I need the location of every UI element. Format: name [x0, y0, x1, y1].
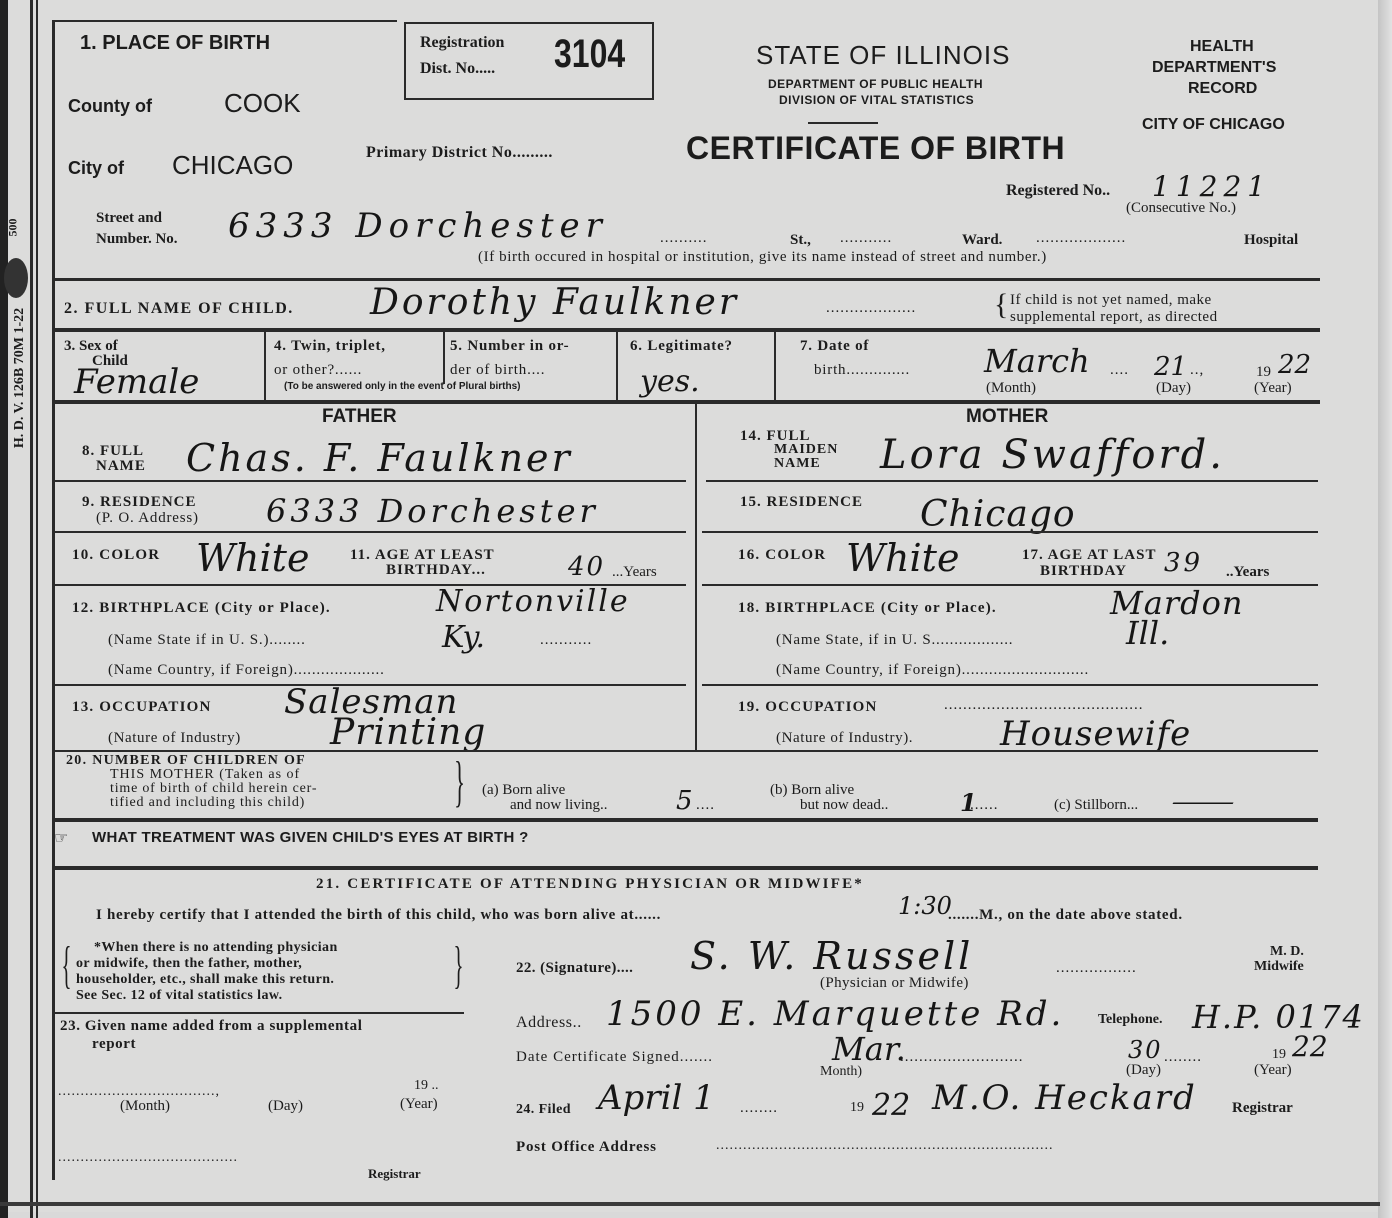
signature-value[interactable]: S. W. Russell: [690, 934, 973, 978]
street-value[interactable]: 6333 Dorchester: [228, 206, 608, 246]
mother-heading: MOTHER: [966, 406, 1048, 428]
father-industry-value[interactable]: Printing: [330, 712, 486, 753]
legitimate-label: 6. Legitimate?: [630, 338, 733, 355]
registration-label-1: Registration: [420, 34, 504, 52]
born-alive-living-value[interactable]: 5: [676, 786, 693, 816]
row3-rule: [54, 400, 1320, 404]
filed-dots: ........: [740, 1100, 778, 1117]
dob-year-prefix: 19: [1256, 364, 1271, 381]
born-alive-living-label-2: and now living..: [510, 797, 608, 814]
father-color-value[interactable]: White: [196, 536, 309, 580]
footnote-rule: [54, 1012, 464, 1014]
signature-label: 22. (Signature)....: [516, 960, 633, 977]
st-label: St.,: [790, 232, 811, 249]
twin-label-2: or other?......: [274, 362, 362, 379]
md-label: M. D.: [1270, 944, 1304, 960]
form-border-left: [52, 20, 55, 1180]
sex-value[interactable]: Female: [74, 362, 199, 402]
eyes-treatment-question: WHAT TREATMENT WAS GIVEN CHILD'S EYES AT…: [92, 829, 529, 846]
health-dept-line-2: DEPARTMENT'S: [1152, 59, 1276, 77]
mother-residence-label: 15. RESIDENCE: [740, 494, 863, 511]
mother-age-label-1: 17. AGE AT LAST: [1022, 547, 1157, 564]
father-birthplace-label: 12. BIRTHPLACE (City or Place).: [72, 600, 331, 617]
date-signed-label: Date Certificate Signed.......: [516, 1049, 713, 1066]
mother-color-value[interactable]: White: [846, 536, 959, 580]
supplemental-year-caption: (Year): [400, 1096, 438, 1113]
col-divider-3-4: [264, 332, 266, 402]
registration-number[interactable]: 3104: [554, 32, 625, 77]
father-occupation-label: 13. OCCUPATION: [72, 699, 212, 716]
footnote-line-4: See Sec. 12 of vital statistics law.: [76, 988, 282, 1003]
dept-line-2: DIVISION OF VITAL STATISTICS: [779, 93, 974, 107]
father-age-value[interactable]: 40: [568, 552, 605, 582]
birth-time-value[interactable]: 1:30: [898, 892, 952, 920]
child-name-label: 2. FULL NAME OF CHILD.: [64, 300, 294, 318]
filed-label: 24. Filed: [516, 1102, 571, 1118]
father-industry-label: (Nature of Industry): [108, 730, 241, 747]
supplemental-label-2: report: [92, 1036, 136, 1053]
mother-age-label-2: BIRTHDAY: [1040, 563, 1127, 580]
mother-country-label: (Name Country, if Foreign)..............…: [776, 662, 1089, 679]
date-signed-year-suffix[interactable]: 22: [1292, 1030, 1328, 1063]
filed-year-prefix: 19: [850, 1100, 864, 1116]
hospital-label: Hospital: [1244, 232, 1298, 249]
twin-label-1: 4. Twin, triplet,: [274, 338, 386, 355]
telephone-value[interactable]: H.P. 0174: [1192, 998, 1365, 1036]
col-divider-4-5: [443, 332, 445, 384]
health-dept-line-1: HEALTH: [1190, 38, 1254, 56]
dept-line-1: DEPARTMENT OF PUBLIC HEALTH: [768, 77, 983, 91]
mother-occupation-label: 19. OCCUPATION: [738, 699, 878, 716]
supplemental-day-caption: (Day): [268, 1098, 303, 1115]
parents-divider: [695, 404, 697, 750]
dob-day[interactable]: 21: [1154, 352, 1187, 382]
row2-rule: [54, 328, 1320, 332]
father-residence-value[interactable]: 6333 Dorchester: [266, 492, 599, 530]
mother-birthplace-rule: [702, 684, 1318, 686]
mother-residence-rule: [702, 531, 1318, 533]
scan-edge-left: [0, 0, 8, 1218]
dob-month[interactable]: March: [984, 342, 1090, 380]
father-name-label-2: NAME: [96, 458, 146, 475]
place-box-top: [52, 20, 397, 22]
col-divider-5-6: [616, 332, 618, 402]
filed-date-value[interactable]: April 1: [598, 1078, 715, 1118]
street-label-2: Number. No.: [96, 231, 178, 248]
post-office-label: Post Office Address: [516, 1139, 657, 1156]
county-value[interactable]: COOK: [224, 88, 301, 119]
name-note-2: supplemental report, as directed: [1010, 309, 1218, 326]
union-label-icon: [4, 258, 28, 298]
telephone-label: Telephone.: [1098, 1012, 1162, 1028]
mother-name-rule: [706, 480, 1318, 482]
footnote-line-1: *When there is no attending physician: [94, 940, 338, 955]
consecutive-caption: (Consecutive No.): [1126, 200, 1236, 217]
address-value[interactable]: 1500 E. Marquette Rd.: [606, 994, 1064, 1034]
physician-heading: 21. CERTIFICATE OF ATTENDING PHYSICIAN O…: [316, 876, 864, 893]
state-title: STATE OF ILLINOIS: [756, 40, 1010, 71]
city-of-chicago-label: CITY OF CHICAGO: [1142, 116, 1285, 134]
stillborn-label: (c) Stillborn...: [1054, 797, 1138, 814]
form-code: H. D. V. 126B 70M 1-22: [12, 283, 28, 473]
margin-rule-1: [30, 0, 33, 1218]
date-signed-month[interactable]: Mar.: [832, 1030, 906, 1068]
signature-caption: (Physician or Midwife): [820, 975, 969, 992]
mother-industry-label: (Nature of Industry).: [776, 730, 913, 747]
father-residence-rule: [54, 531, 686, 533]
name-note-1: If child is not yet named, make: [1010, 292, 1212, 309]
date-signed-year-caption: (Year): [1254, 1062, 1292, 1079]
place-of-birth-heading: 1. PLACE OF BIRTH: [80, 32, 270, 55]
father-birthplace-value[interactable]: Nortonville: [436, 584, 630, 619]
footnote-line-2: or midwife, then the father, mother,: [76, 956, 302, 971]
bottom-rule: [0, 1202, 1380, 1206]
child-name-value[interactable]: Dorothy Faulkner: [370, 282, 739, 323]
hospital-note: (If birth occured in hospital or institu…: [478, 249, 1047, 266]
col-divider-6-7: [774, 332, 776, 402]
date-signed-day[interactable]: 30: [1128, 1036, 1163, 1064]
margin-rule-2: [36, 0, 38, 1218]
father-name-value[interactable]: Chas. F. Faulkner: [186, 436, 573, 480]
order-label-2: der of birth....: [450, 362, 545, 379]
supplemental-year-prefix: 19 ..: [414, 1078, 439, 1094]
eyes-rule: [54, 866, 1318, 870]
registrar-label: Registrar: [1232, 1100, 1293, 1117]
scan-edge-right: [1378, 0, 1392, 1218]
ward-label: Ward.: [962, 232, 1002, 249]
registrar-signature-value[interactable]: M.O. Heckard: [932, 1078, 1197, 1118]
dob-month-caption: (Month): [986, 380, 1036, 397]
mother-residence-value[interactable]: Chicago: [920, 494, 1076, 535]
date-signed-month-caption: Month): [820, 1064, 862, 1080]
occupation-rule: [54, 750, 1318, 752]
health-dept-line-3: RECORD: [1188, 80, 1257, 98]
children-rule: [54, 818, 1318, 822]
mother-industry-value[interactable]: Housewife: [1000, 714, 1191, 754]
registered-label: Registered No..: [1006, 182, 1110, 200]
supplemental-registrar-field[interactable]: ........................................: [58, 1150, 238, 1166]
father-age-label-2: BIRTHDAY...: [386, 562, 486, 579]
certify-text: I hereby certify that I attended the bir…: [96, 907, 661, 924]
registered-value[interactable]: 11221: [1152, 170, 1271, 203]
mother-name-value[interactable]: Lora Swafford.: [880, 432, 1225, 478]
father-state-label: (Name State if in U. S.)........: [108, 632, 306, 649]
mother-state-label: (Name State, if in U. S.................…: [776, 632, 1013, 649]
children-label-4: tified and including this child): [110, 796, 305, 810]
address-label: Address..: [516, 1014, 582, 1032]
order-label-1: 5. Number in or-: [450, 338, 569, 355]
mother-occupation-dots[interactable]: ........................................…: [944, 697, 1144, 714]
supplemental-month-caption: (Month): [120, 1098, 170, 1115]
mother-years-label: ..Years: [1226, 564, 1269, 581]
mother-birthplace-label: 18. BIRTHPLACE (City or Place).: [738, 600, 997, 617]
mother-state-value[interactable]: Ill.: [1126, 614, 1169, 652]
dob-day-caption: (Day): [1156, 380, 1191, 397]
father-country-label: (Name Country, if Foreign)..............…: [108, 662, 385, 679]
father-name-rule: [54, 480, 686, 482]
father-state-value[interactable]: Ky.: [442, 620, 485, 655]
children-label-3: time of birth of child herein cer-: [110, 782, 317, 796]
place-box-bottom: [52, 278, 1320, 281]
plural-births-note: (To be answered only in the event of Plu…: [284, 381, 521, 392]
stillborn-value[interactable]: —: [1170, 790, 1236, 815]
dob-year-caption: (Year): [1254, 380, 1292, 397]
father-years-label: ...Years: [612, 564, 657, 581]
footnote-line-3: householder, etc., shall make this retur…: [76, 972, 334, 987]
legitimate-value[interactable]: yes.: [640, 364, 700, 399]
children-label-2: THIS MOTHER (Taken as of: [110, 768, 300, 782]
print-count: 500: [6, 213, 21, 243]
street-label-1: Street and: [96, 210, 162, 227]
filed-year-suffix[interactable]: 22: [872, 1088, 910, 1123]
registration-label-2: Dist. No.....: [420, 60, 495, 78]
father-color-label: 10. COLOR: [72, 547, 160, 564]
city-value[interactable]: CHICAGO: [172, 150, 293, 181]
dob-year-suffix[interactable]: 22: [1278, 350, 1311, 380]
date-signed-year-prefix: 19: [1272, 1047, 1286, 1063]
mother-color-label: 16. COLOR: [738, 547, 826, 564]
supplemental-label-1: 23. Given name added from a supplemental: [60, 1018, 363, 1035]
pointing-hand-icon: ☞: [54, 828, 68, 848]
born-alive-dead-label-2: but now dead..: [800, 797, 888, 814]
father-residence-label-2: (P. O. Address): [96, 510, 199, 527]
certificate-title: CERTIFICATE OF BIRTH: [686, 130, 1065, 167]
father-residence-label-1: 9. RESIDENCE: [82, 494, 197, 511]
mother-name-label-3: NAME: [774, 456, 821, 472]
date-signed-day-caption: (Day): [1126, 1062, 1161, 1079]
county-label: County of: [68, 96, 152, 117]
post-office-field[interactable]: ........................................…: [716, 1138, 1054, 1154]
primary-district-label: Primary District No.........: [366, 144, 553, 162]
dob-label-2: birth..............: [814, 362, 910, 379]
children-label-1: 20. NUMBER OF CHILDREN OF: [66, 754, 306, 768]
mother-age-value[interactable]: 39: [1164, 548, 1203, 578]
city-label: City of: [68, 158, 124, 179]
supplemental-registrar-caption: Registrar: [368, 1166, 421, 1182]
dob-label-1: 7. Date of: [800, 338, 869, 355]
header-divider: [808, 122, 878, 124]
father-heading: FATHER: [322, 406, 397, 428]
midwife-label: Midwife: [1254, 959, 1304, 975]
certify-suffix: .......M., on the date above stated.: [948, 907, 1183, 924]
